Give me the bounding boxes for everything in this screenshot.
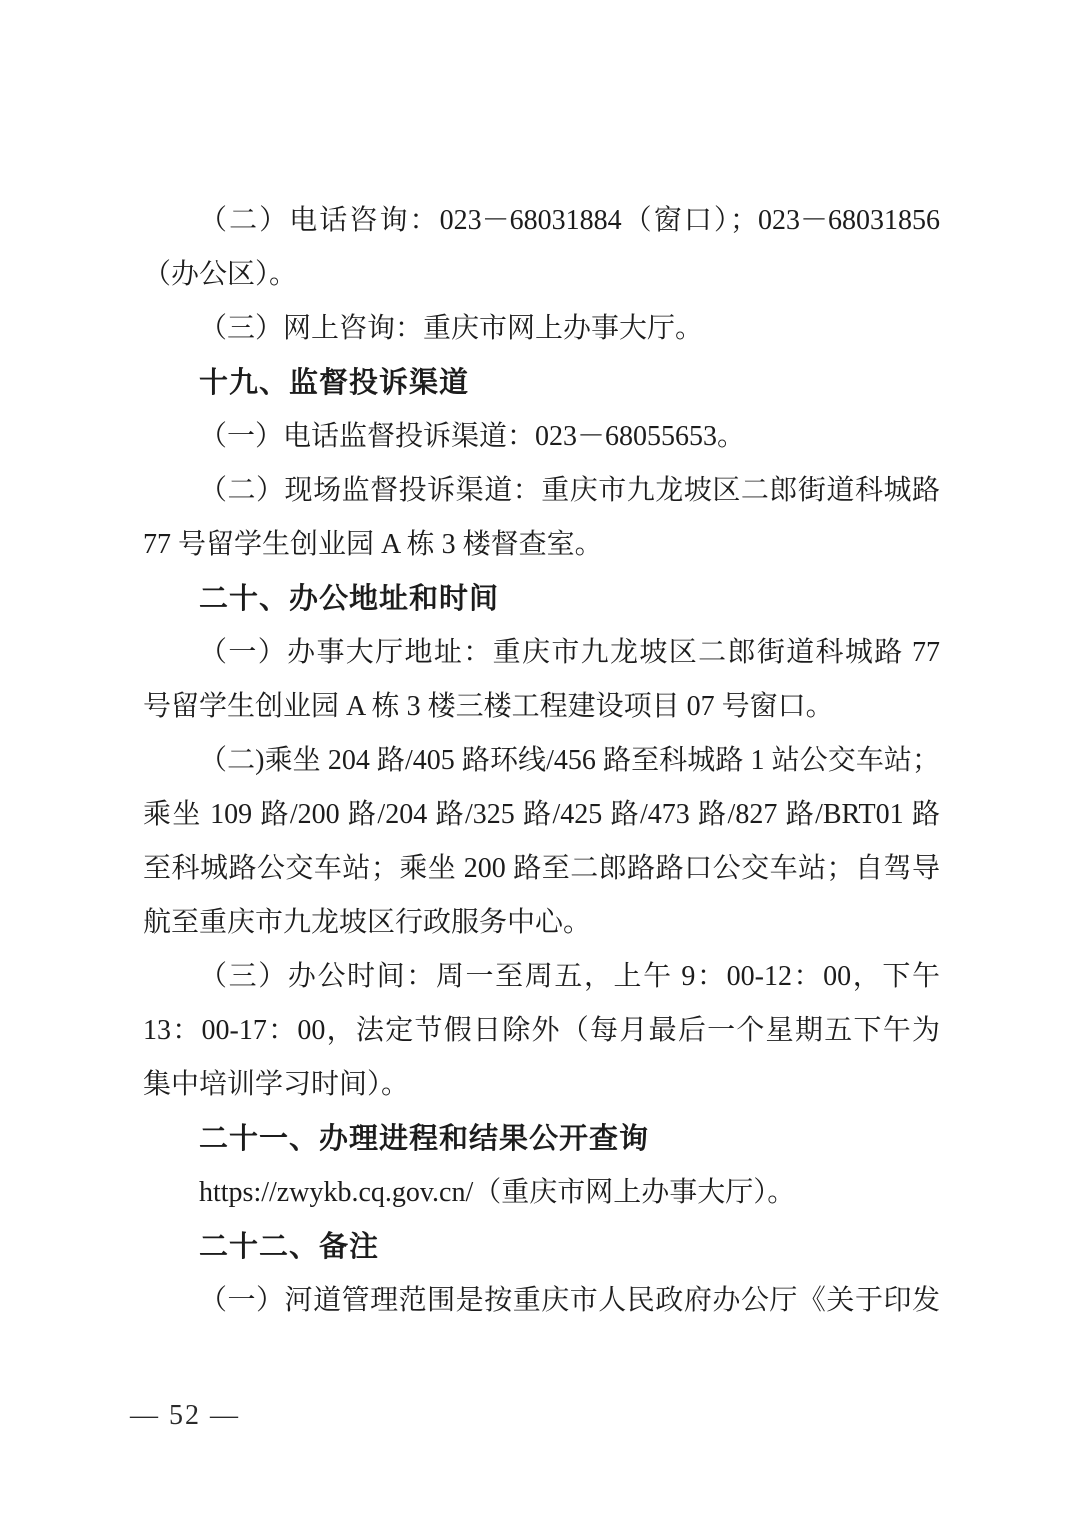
document-line: 航至重庆市九龙坡区行政服务中心。: [143, 896, 940, 950]
document-line: （二)乘坐 204 路/405 路环线/456 路至科城路 1 站公交车站；: [143, 734, 940, 788]
section-heading-20: 二十、办公地址和时间: [143, 572, 940, 626]
section-heading-19: 十九、监督投诉渠道: [143, 356, 940, 410]
document-line: 77 号留学生创业园 A 栋 3 楼督查室。: [143, 518, 940, 572]
document-line: （二）电话咨询：023－68031884（窗口）；023－68031856: [143, 194, 940, 248]
document-page: （二）电话咨询：023－68031884（窗口）；023－68031856 （办…: [0, 0, 1074, 1520]
section-heading-22: 二十二、备注: [143, 1220, 940, 1274]
document-line: （一）电话监督投诉渠道：023－68055653。: [143, 410, 940, 464]
document-line: 至科城路公交车站；乘坐 200 路至二郎路路口公交车站；自驾导: [143, 842, 940, 896]
document-line: 13：00-17：00，法定节假日除外（每月最后一个星期五下午为: [143, 1004, 940, 1058]
document-line: （一）河道管理范围是按重庆市人民政府办公厅《关于印发: [143, 1274, 940, 1328]
document-line: （二）现场监督投诉渠道：重庆市九龙坡区二郎街道科城路: [143, 464, 940, 518]
document-line: 号留学生创业园 A 栋 3 楼三楼工程建设项目 07 号窗口。: [143, 680, 940, 734]
document-line: （一）办事大厅地址：重庆市九龙坡区二郎街道科城路 77: [143, 626, 940, 680]
document-line: 集中培训学习时间）。: [143, 1058, 940, 1112]
document-line: （三）办公时间：周一至周五，上午 9：00-12：00，下午: [143, 950, 940, 1004]
page-number: — 52 —: [130, 1396, 240, 1436]
document-text-block: （二）电话咨询：023－68031884（窗口）；023－68031856 （办…: [143, 194, 940, 1328]
document-line: （办公区）。: [143, 248, 940, 302]
document-line-url: https://zwykb.cq.gov.cn/（重庆市网上办事大厅）。: [143, 1166, 940, 1220]
section-heading-21: 二十一、办理进程和结果公开查询: [143, 1112, 940, 1166]
document-line: （三）网上咨询：重庆市网上办事大厅。: [143, 302, 940, 356]
document-line: 乘坐 109 路/200 路/204 路/325 路/425 路/473 路/8…: [143, 788, 940, 842]
